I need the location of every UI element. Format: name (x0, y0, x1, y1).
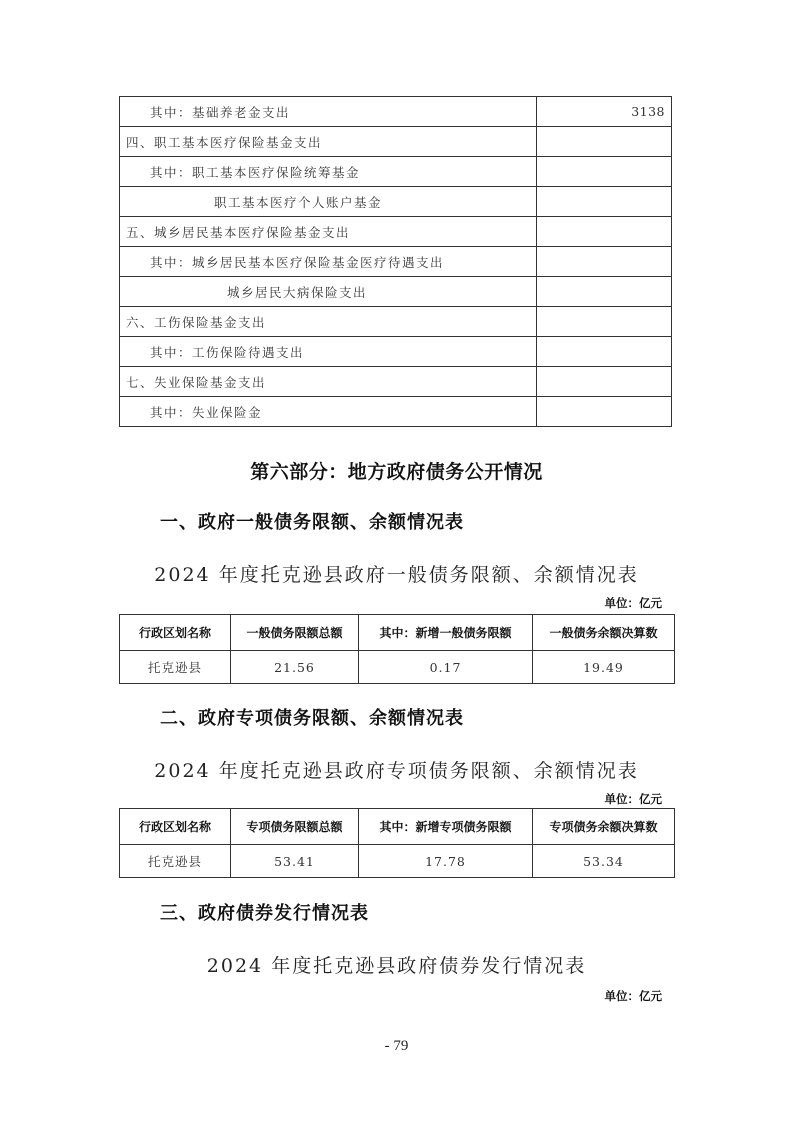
column-header: 专项债务余额决算数 (533, 809, 675, 845)
row-value (537, 187, 672, 217)
row-label: 四、职工基本医疗保险基金支出 (120, 127, 537, 157)
column-header: 一般债务限额总额 (231, 615, 359, 651)
table-row: 其中：失业保险金 (120, 397, 672, 427)
table-row: 城乡居民大病保险支出 (120, 277, 672, 307)
table-row: 七、失业保险基金支出 (120, 367, 672, 397)
section-heading-special-debt: 二、政府专项债务限额、余额情况表 (160, 704, 464, 730)
row-label: 职工基本医疗个人账户基金 (120, 187, 537, 217)
table-row: 其中：基础养老金支出 3138 (120, 97, 672, 127)
table-row: 其中：职工基本医疗保险统筹基金 (120, 157, 672, 187)
row-value (537, 157, 672, 187)
column-header: 行政区划名称 (120, 615, 231, 651)
part-title: 第六部分：地方政府债务公开情况 (0, 457, 793, 484)
section-heading-bond-issuance: 三、政府债券发行情况表 (160, 899, 369, 925)
debt-limit-total-cell: 53.41 (231, 845, 359, 878)
column-header: 其中：新增一般债务限额 (359, 615, 533, 651)
general-debt-table: 行政区划名称 一般债务限额总额 其中：新增一般债务限额 一般债务余额决算数 托克… (119, 614, 675, 684)
table-row: 托克逊县 21.56 0.17 19.49 (120, 651, 675, 684)
social-insurance-expenditure-table: 其中：基础养老金支出 3138 四、职工基本医疗保险基金支出 其中：职工基本医疗… (119, 96, 672, 427)
table-row: 职工基本医疗个人账户基金 (120, 187, 672, 217)
new-debt-limit-cell: 0.17 (359, 651, 533, 684)
row-value (537, 337, 672, 367)
table-header-row: 行政区划名称 一般债务限额总额 其中：新增一般债务限额 一般债务余额决算数 (120, 615, 675, 651)
unit-label: 单位：亿元 (605, 988, 663, 1004)
column-header: 行政区划名称 (120, 809, 231, 845)
region-name-cell: 托克逊县 (120, 845, 231, 878)
row-label: 城乡居民大病保险支出 (120, 277, 537, 307)
column-header: 一般债务余额决算数 (533, 615, 675, 651)
row-value (537, 367, 672, 397)
column-header: 其中：新增专项债务限额 (359, 809, 533, 845)
table-row: 四、职工基本医疗保险基金支出 (120, 127, 672, 157)
row-label: 其中：失业保险金 (120, 397, 537, 427)
row-value (537, 277, 672, 307)
row-value (537, 127, 672, 157)
row-value (537, 217, 672, 247)
table-row: 托克逊县 53.41 17.78 53.34 (120, 845, 675, 878)
row-label: 其中：工伤保险待遇支出 (120, 337, 537, 367)
row-value (537, 247, 672, 277)
table-caption-special-debt: 2024 年度托克逊县政府专项债务限额、余额情况表 (0, 756, 793, 783)
column-header: 专项债务限额总额 (231, 809, 359, 845)
page-number: - 79 (0, 1038, 793, 1055)
row-value (537, 397, 672, 427)
table-caption-general-debt: 2024 年度托克逊县政府一般债务限额、余额情况表 (0, 560, 793, 587)
special-debt-table: 行政区划名称 专项债务限额总额 其中：新增专项债务限额 专项债务余额决算数 托克… (119, 808, 675, 878)
unit-label: 单位：亿元 (605, 595, 663, 611)
table-row: 其中：工伤保险待遇支出 (120, 337, 672, 367)
table-row: 其中：城乡居民基本医疗保险基金医疗待遇支出 (120, 247, 672, 277)
debt-balance-cell: 19.49 (533, 651, 675, 684)
table-row: 六、工伤保险基金支出 (120, 307, 672, 337)
debt-limit-total-cell: 21.56 (231, 651, 359, 684)
row-value (537, 307, 672, 337)
row-label: 五、城乡居民基本医疗保险基金支出 (120, 217, 537, 247)
row-label: 六、工伤保险基金支出 (120, 307, 537, 337)
row-label: 其中：职工基本医疗保险统筹基金 (120, 157, 537, 187)
row-label: 其中：基础养老金支出 (120, 97, 537, 127)
new-debt-limit-cell: 17.78 (359, 845, 533, 878)
unit-label: 单位：亿元 (605, 791, 663, 807)
row-value: 3138 (537, 97, 672, 127)
table-row: 五、城乡居民基本医疗保险基金支出 (120, 217, 672, 247)
row-label: 其中：城乡居民基本医疗保险基金医疗待遇支出 (120, 247, 537, 277)
debt-balance-cell: 53.34 (533, 845, 675, 878)
region-name-cell: 托克逊县 (120, 651, 231, 684)
table-header-row: 行政区划名称 专项债务限额总额 其中：新增专项债务限额 专项债务余额决算数 (120, 809, 675, 845)
section-heading-general-debt: 一、政府一般债务限额、余额情况表 (160, 508, 464, 534)
row-label: 七、失业保险基金支出 (120, 367, 537, 397)
table-caption-bond-issuance: 2024 年度托克逊县政府债券发行情况表 (0, 951, 793, 978)
